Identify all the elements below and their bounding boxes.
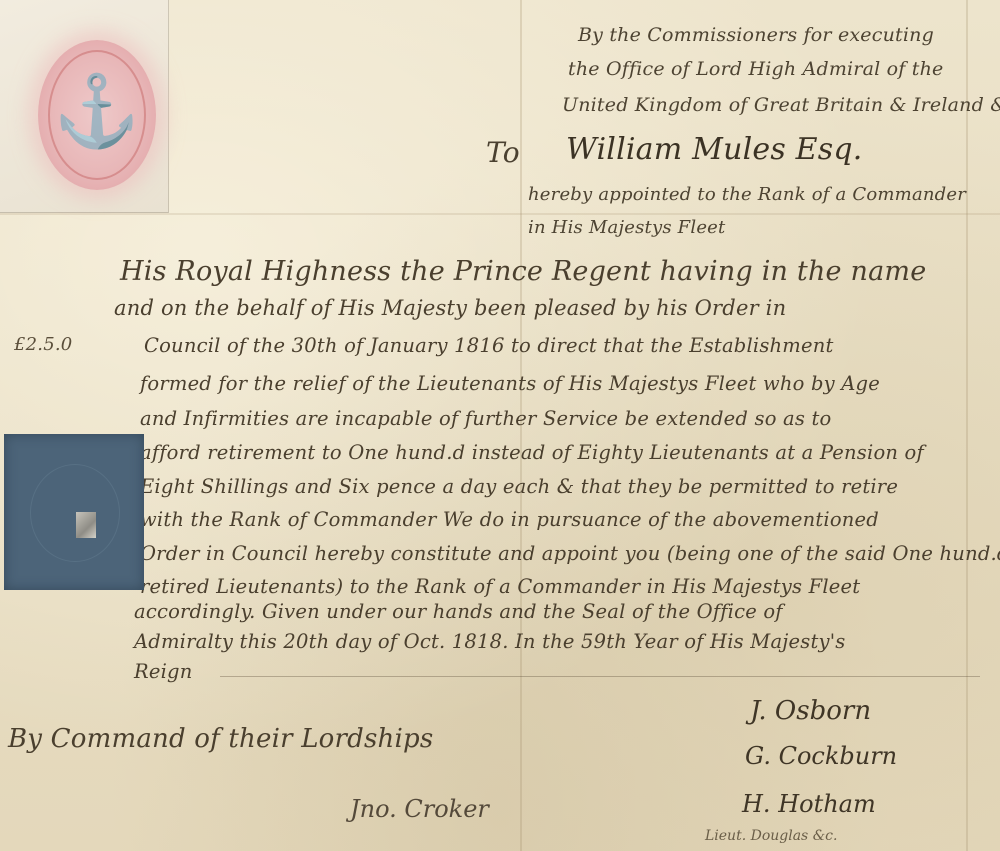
margin-fee-note: £2.5.0: [14, 334, 72, 355]
body-line: and on the behalf of His Majesty been pl…: [114, 296, 786, 320]
addressee-name: William Mules Esq.: [566, 132, 863, 167]
paper-fold: [966, 0, 968, 851]
footer-annotation: Lieut. Douglas &c.: [705, 828, 837, 844]
body-line: afford retirement to One hund.d instead …: [140, 441, 924, 464]
body-line: Eight Shillings and Six pence a day each…: [140, 475, 898, 498]
commission-document: ⚓ By the Commissioners for executing the…: [0, 0, 1000, 851]
body-line: retired Lieutenants) to the Rank of a Co…: [140, 575, 860, 598]
body-line: Reign: [134, 660, 193, 683]
header-line-2: the Office of Lord High Admiral of the: [568, 58, 943, 80]
ruled-line: [220, 676, 980, 677]
secretary-signature: Jno. Croker: [350, 795, 489, 823]
body-line: formed for the relief of the Lieutenants…: [140, 372, 880, 395]
anchor-icon: ⚓: [38, 70, 156, 153]
header-line-3: United Kingdom of Great Britain & Irelan…: [562, 94, 1000, 116]
paper-fold: [0, 213, 1000, 215]
body-line: Council of the 30th of January 1816 to d…: [144, 334, 834, 357]
body-line: accordingly. Given under our hands and t…: [134, 600, 783, 623]
body-line: Order in Council hereby constitute and a…: [140, 542, 1000, 565]
stamp-foil-tab: [76, 512, 96, 538]
signatory-signature: J. Osborn: [750, 696, 871, 726]
embossed-duty-stamp: [4, 434, 144, 590]
seal-wafer-paper: ⚓: [0, 0, 169, 213]
closing-by-command: By Command of their Lordships: [8, 724, 433, 754]
stamp-emboss-ring: [30, 464, 120, 562]
signatory-signature: G. Cockburn: [745, 742, 897, 770]
addressee-line-1: hereby appointed to the Rank of a Comman…: [528, 184, 966, 205]
to-label: To: [486, 136, 520, 169]
body-line: His Royal Highness the Prince Regent hav…: [120, 256, 926, 287]
addressee-line-2: in His Majestys Fleet: [528, 217, 725, 238]
body-line: with the Rank of Commander We do in purs…: [140, 508, 879, 531]
admiralty-wax-seal: ⚓: [38, 40, 156, 190]
header-line-1: By the Commissioners for executing: [578, 24, 934, 46]
signatory-signature: H. Hotham: [742, 790, 876, 818]
body-line: Admiralty this 20th day of Oct. 1818. In…: [134, 630, 846, 653]
body-line: and Infirmities are incapable of further…: [140, 407, 831, 430]
